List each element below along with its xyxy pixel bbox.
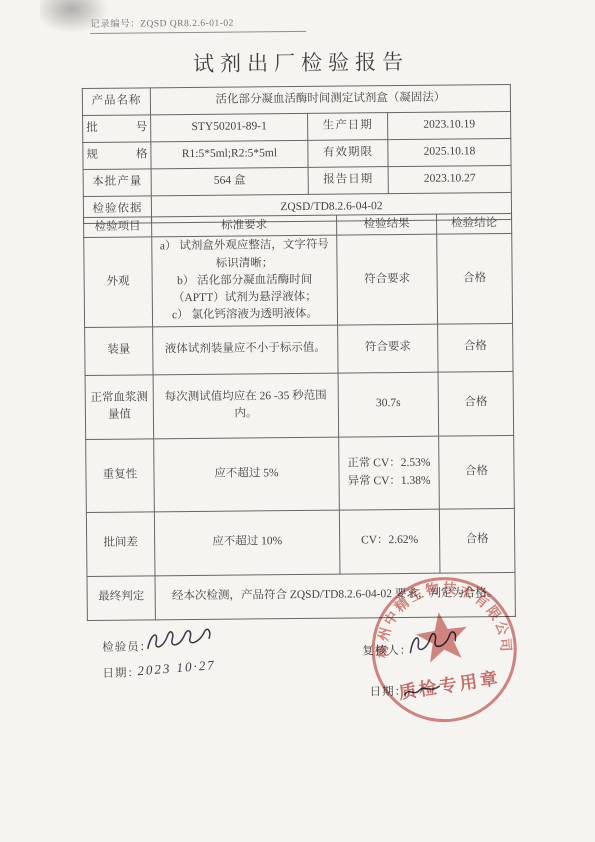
report-date-label: 报告日期 xyxy=(308,167,388,195)
stamp-center-text: 质检专用章 xyxy=(397,668,501,703)
inspector-signature xyxy=(142,622,218,657)
qty-label: 本批产量 xyxy=(83,169,151,197)
item-name: 重复性 xyxy=(86,438,155,512)
inspector-date-label: 日期： xyxy=(102,665,140,681)
item-result: 正常 CV：2.53% 异常 CV：1.38% xyxy=(339,436,440,510)
col-header-requirement: 标准要求 xyxy=(152,215,337,237)
final-judgement-label: 最终判定 xyxy=(87,575,155,620)
col-header-result: 检验结果 xyxy=(337,214,437,235)
info-table: 产品名称 活化部分凝血活酶时间测定试剂盒（凝固法） 批 号 STY50201-8… xyxy=(82,84,512,224)
item-result: CV：2.62% xyxy=(339,509,440,574)
product-name-value: 活化部分凝血活酶时间测定试剂盒（凝固法） xyxy=(150,84,510,114)
product-name-label: 产品名称 xyxy=(82,88,150,116)
item-requirement: 每次测试值均应在 26 -35 秒范围内。 xyxy=(153,373,339,439)
record-number: 记录编号：ZQSD QR8.2.6-01-02 xyxy=(90,14,306,34)
table-row: 装量 液体试剂装量应不小于标示值。 符合要求 合格 xyxy=(85,323,513,375)
item-name: 正常血浆测量值 xyxy=(85,374,154,439)
table-row: 本批产量 564 盒 报告日期 2023.10.27 xyxy=(83,165,511,196)
item-conclusion: 合格 xyxy=(438,323,513,372)
spec-label: 规 格 xyxy=(83,142,151,170)
item-requirement: 液体试剂装量应不小于标示值。 xyxy=(153,325,338,375)
table-row: 批 号 STY50201-89-1 生产日期 2023.10.19 xyxy=(83,111,511,142)
table-row: 规 格 R1:5*5ml;R2:5*5ml 有效期限 2025.10.18 xyxy=(83,138,511,169)
item-name: 装量 xyxy=(85,326,153,375)
stamp-star-icon xyxy=(413,608,471,664)
record-number-label: 记录编号： xyxy=(90,19,140,29)
item-requirement: 应不超过 5% xyxy=(154,437,340,512)
table-row: 产品名称 活化部分凝血活酶时间测定试剂盒（凝固法） xyxy=(82,84,510,115)
prod-date-label: 生产日期 xyxy=(308,113,388,141)
table-row: 外观 a） 试剂盒外观应整洁，文字符号标识清晰； b） 活化部分凝血活酶时间（A… xyxy=(84,234,513,327)
qty-value: 564 盒 xyxy=(151,167,308,196)
item-requirement: 应不超过 10% xyxy=(154,510,340,576)
item-name: 外观 xyxy=(84,237,153,327)
item-name: 批间差 xyxy=(86,511,155,576)
batch-value: STY50201-89-1 xyxy=(151,113,308,142)
record-number-value: ZQSD QR8.2.6-01-02 xyxy=(140,19,234,30)
item-conclusion: 合格 xyxy=(439,508,515,573)
item-result: 符合要求 xyxy=(337,234,438,324)
table-row: 正常血浆测量值 每次测试值均应在 26 -35 秒范围内。 30.7s 合格 xyxy=(85,371,514,439)
item-conclusion: 合格 xyxy=(439,435,515,509)
quality-stamp-graphic: 梅州中精生物技术有限公司 质检专用章 xyxy=(359,564,530,735)
quality-stamp: 梅州中精生物技术有限公司 质检专用章 xyxy=(359,564,530,735)
item-result: 符合要求 xyxy=(338,324,438,373)
col-header-item: 检验项目 xyxy=(84,217,152,238)
item-result: 30.7s xyxy=(338,372,439,437)
batch-label: 批 号 xyxy=(83,115,151,143)
table-row: 重复性 应不超过 5% 正常 CV：2.53% 异常 CV：1.38% 合格 xyxy=(86,435,515,512)
item-conclusion: 合格 xyxy=(437,234,513,324)
report-content: 记录编号：ZQSD QR8.2.6-01-02 试剂出厂检验报告 产品名称 活化… xyxy=(0,0,595,842)
table-row: 批间差 应不超过 10% CV：2.62% 合格 xyxy=(86,508,515,576)
page-title: 试剂出厂检验报告 xyxy=(0,44,592,80)
expiry-value: 2025.10.18 xyxy=(388,138,511,166)
scanned-report-page: { "page": { "record_no_label": "记录编号：", … xyxy=(0,0,595,842)
item-requirement: a） 试剂盒外观应整洁，文字符号标识清晰； b） 活化部分凝血活酶时间（APTT… xyxy=(152,235,338,326)
spec-value: R1:5*5ml;R2:5*5ml xyxy=(151,140,308,169)
prod-date-value: 2023.10.19 xyxy=(388,111,511,139)
inspection-table: 检验项目 标准要求 检验结果 检验结论 外观 a） 试剂盒外观应整洁，文字符号标… xyxy=(83,213,516,621)
inspector-date-handwritten: 2023 10·27 xyxy=(137,657,217,679)
expiry-label: 有效期限 xyxy=(308,140,388,168)
report-date-value: 2023.10.27 xyxy=(388,165,511,193)
item-conclusion: 合格 xyxy=(438,371,514,436)
col-header-conclusion: 检验结论 xyxy=(437,213,512,234)
